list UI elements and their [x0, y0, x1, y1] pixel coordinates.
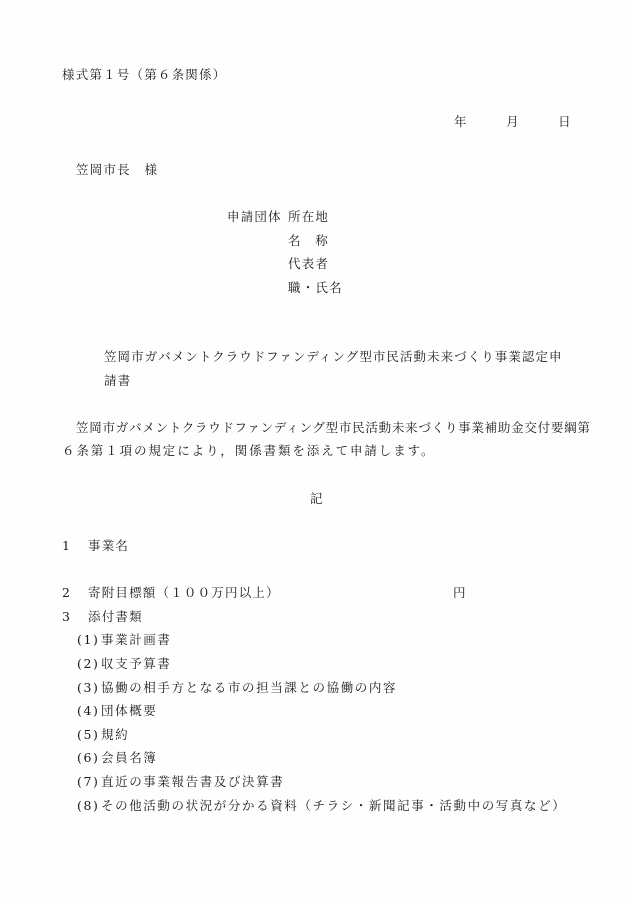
attachment-item: (8)その他活動の状況が分かる資料（チラシ・新聞記事・活動中の写真など） [77, 800, 566, 813]
applicant-position-name-label: 職・氏名 [288, 282, 343, 295]
attachment-item: (6)会員名簿 [77, 752, 157, 765]
body-text-line1: 笠岡市ガバメントクラウドファンディング型市民活動未来づくり事業補助金交付要綱第 [76, 422, 591, 435]
applicant-address-label: 所在地 [288, 211, 329, 224]
applicant-representative-label: 代表者 [288, 258, 329, 271]
ki-heading: 記 [310, 493, 324, 506]
donation-unit: 円 [453, 587, 467, 600]
year-label: 年 [454, 116, 468, 129]
attachment-item: (5)規約 [77, 729, 129, 742]
addressee: 笠岡市長 様 [76, 164, 158, 177]
document-title-line2: 請書 [104, 375, 131, 388]
item-donation-target: 2寄附目標額（１００万円以上） [62, 587, 280, 600]
applicant-group-label: 申請団体 [227, 211, 282, 224]
body-text-line2: ６条第１項の規定により，関係書類を添えて申請します。 [62, 445, 435, 458]
date-line: 年 月 日 [454, 116, 572, 129]
item-project-name: 1事業名 [62, 540, 129, 553]
day-label: 日 [558, 116, 572, 129]
attachment-item: (3)協働の相手方となる市の担当課との協働の内容 [77, 682, 397, 695]
attachment-item: (1)事業計画書 [77, 634, 172, 647]
attachment-item: (2)収支予算書 [77, 658, 172, 671]
document-title-line1: 笠岡市ガバメントクラウドファンディング型市民活動未来づくり事業認定申 [104, 351, 563, 364]
item-attachments: 3添付書類 [62, 611, 143, 624]
document-page: 様式第１号（第６条関係） 年 月 日 笠岡市長 様 申請団体 所在地 名 称 代… [0, 0, 630, 903]
month-label: 月 [506, 116, 520, 129]
attachment-item: (4)団体概要 [77, 705, 157, 718]
attachment-item: (7)直近の事業報告書及び決算書 [77, 776, 284, 789]
form-number: 様式第１号（第６条関係） [62, 69, 226, 82]
applicant-name-label: 名 称 [288, 235, 329, 248]
